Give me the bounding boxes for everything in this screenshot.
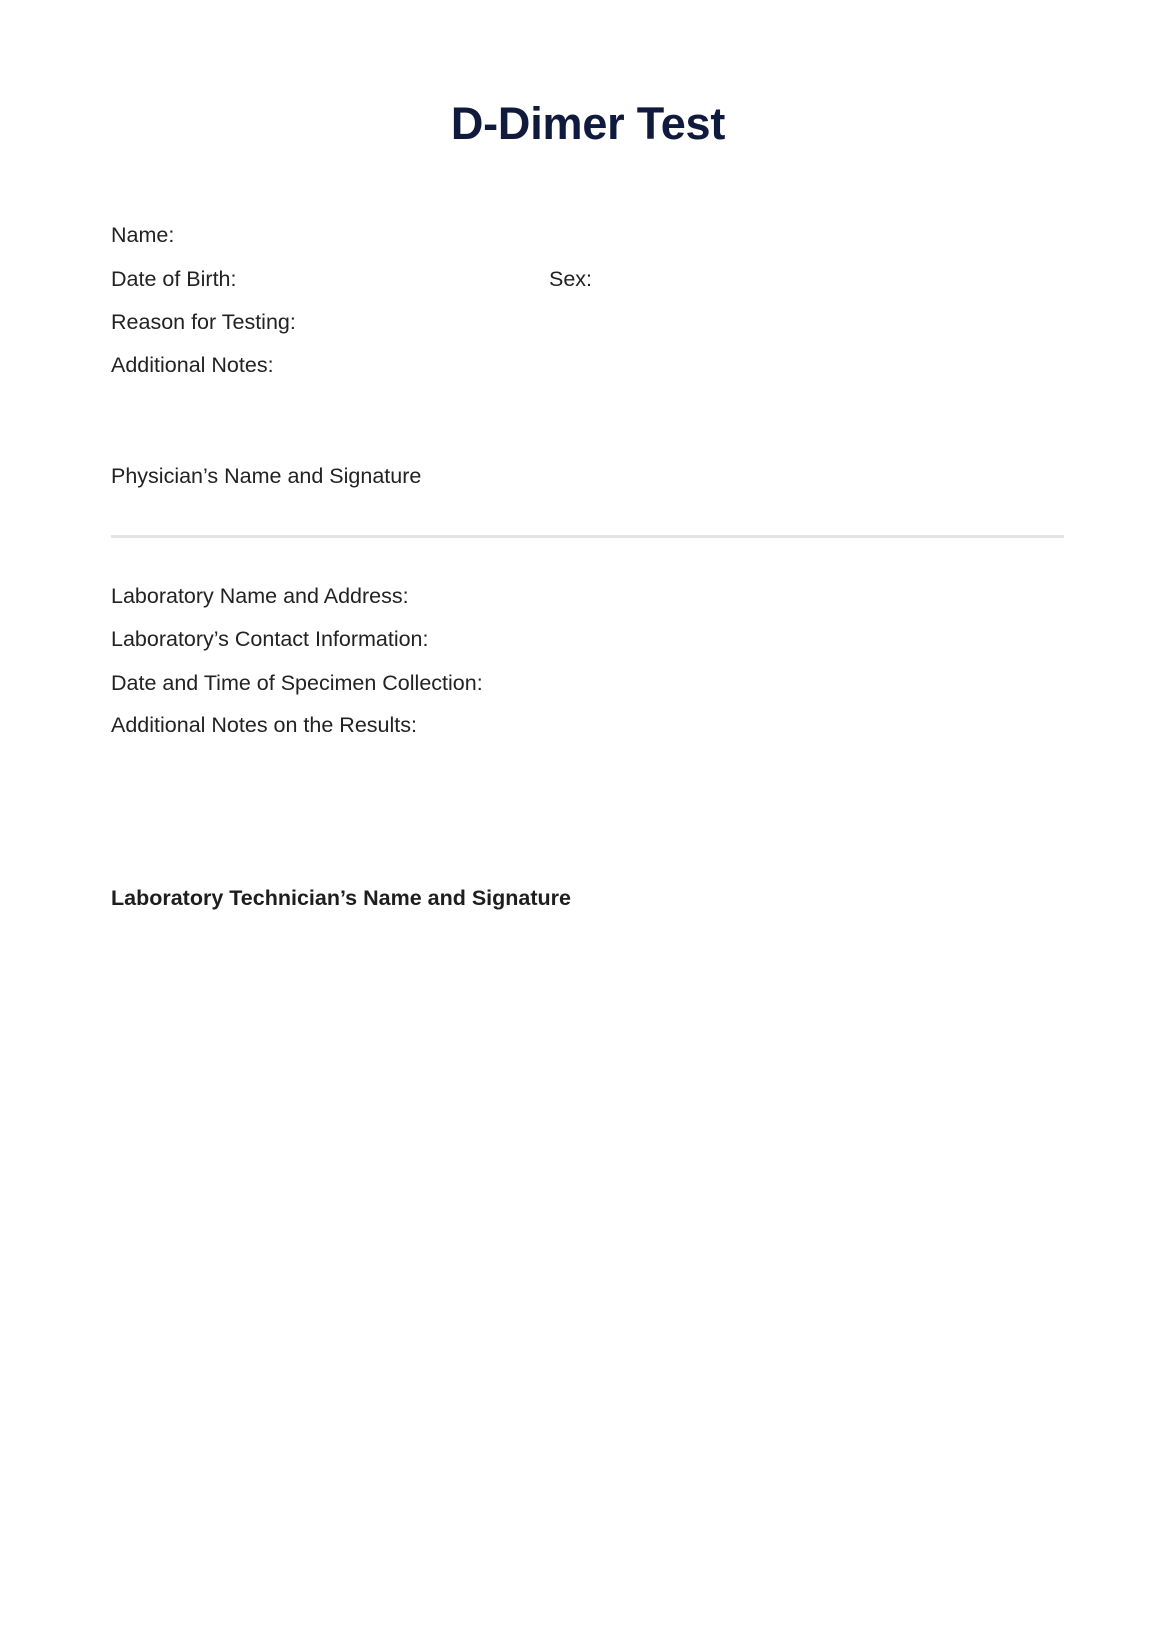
lab-contact-label: Laboratory’s Contact Information:: [111, 625, 429, 653]
technician-signature-label: Laboratory Technician’s Name and Signatu…: [111, 884, 571, 912]
lab-name-address-label: Laboratory Name and Address:: [111, 582, 409, 610]
reason-field-label: Reason for Testing:: [111, 308, 296, 336]
sex-field-label: Sex:: [549, 265, 592, 293]
name-field-label: Name:: [111, 221, 174, 249]
document-title: D-Dimer Test: [0, 96, 1176, 152]
dob-field-label: Date of Birth:: [111, 265, 236, 293]
results-notes-label: Additional Notes on the Results:: [111, 711, 417, 739]
specimen-collection-label: Date and Time of Specimen Collection:: [111, 669, 483, 697]
section-divider: [111, 535, 1064, 538]
physician-signature-label: Physician’s Name and Signature: [111, 462, 421, 490]
additional-notes-label: Additional Notes:: [111, 351, 274, 379]
